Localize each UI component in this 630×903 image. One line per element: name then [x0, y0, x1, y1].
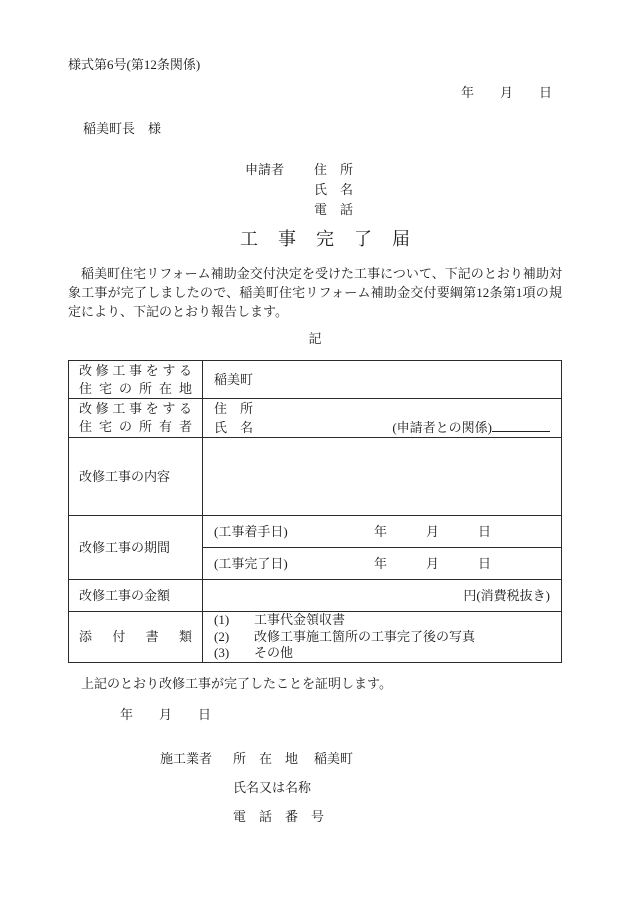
contractor-phone-label: 電 話 番 号: [233, 802, 353, 831]
owner-address-label: 住 所: [214, 399, 550, 418]
contractor-address-line: 所 在 地稲美町: [233, 744, 353, 773]
amount-label-cell: 改修工事の金額: [69, 580, 203, 612]
document-title: 工事完了届: [68, 226, 562, 252]
contractor-block: 施工業者 所 在 地稲美町 氏名又は名称 電 話 番 号: [160, 744, 562, 831]
attachments-label: 添付書類: [79, 628, 192, 646]
closing-statement: 上記のとおり改修工事が完了したことを証明します。: [68, 675, 562, 693]
body-paragraph: 稲美町住宅リフォーム補助金交付決定を受けた工事について、下記のとおり補助対象工事…: [68, 264, 562, 321]
attachment-1-num: (1): [214, 612, 254, 629]
attachment-3-text: その他: [254, 645, 293, 662]
table-row-period-start: 改修工事の期間 (工事着手日) 年 月 日: [69, 516, 562, 548]
table-row-content: 改修工事の内容: [69, 438, 562, 516]
table-row-owner: 改修工事をする 住宅の所有者 住 所 氏 名 (申請者との関係): [69, 399, 562, 438]
applicant-fields: 住 所 氏 名 電 話: [314, 160, 353, 220]
owner-relation: (申請者との関係): [392, 418, 550, 437]
owner-name-label: 氏 名: [214, 418, 253, 437]
period-start-line: (工事着手日) 年 月 日: [214, 523, 550, 541]
period-end-line: (工事完了日) 年 月 日: [214, 555, 550, 573]
attachment-item: (2) 改修工事施工箇所の工事完了後の写真: [214, 629, 550, 646]
attachments-label-cell: 添付書類: [69, 612, 203, 663]
table-row-attachments: 添付書類 (1) 工事代金領収書 (2) 改修工事施工箇所の工事完了後の写真 (…: [69, 612, 562, 663]
contractor-label: 施工業者: [160, 744, 212, 831]
period-start-date: 年 月 日: [374, 523, 491, 541]
attachment-2-num: (2): [214, 629, 254, 646]
owner-label-line1: 改修工事をする: [79, 400, 192, 418]
applicant-phone-label: 電 話: [314, 200, 353, 220]
owner-value-cell: 住 所 氏 名 (申請者との関係): [203, 399, 562, 438]
applicant-address-label: 住 所: [314, 160, 353, 180]
addressee: 稲美町長 様: [83, 120, 562, 138]
relation-blank-underline: [492, 431, 550, 432]
attachment-3-num: (3): [214, 645, 254, 662]
content-value-cell: [203, 438, 562, 516]
table-row-amount: 改修工事の金額 円(消費税抜き): [69, 580, 562, 612]
attachment-1-text: 工事代金領収書: [254, 612, 345, 629]
contractor-address-value: 稲美町: [314, 751, 353, 766]
period-end-cell: (工事完了日) 年 月 日: [203, 548, 562, 580]
owner-label-line2: 住宅の所有者: [79, 418, 192, 436]
attachment-item: (3) その他: [214, 645, 550, 662]
contractor-fields: 所 在 地稲美町 氏名又は名称 電 話 番 号: [233, 744, 353, 831]
location-label-line2: 住宅の所在地: [79, 380, 192, 398]
period-label-cell: 改修工事の期間: [69, 516, 203, 580]
location-label-line1: 改修工事をする: [79, 362, 192, 380]
period-start-cell: (工事着手日) 年 月 日: [203, 516, 562, 548]
form-number: 様式第6号(第12条関係): [68, 56, 562, 74]
contractor-address-label: 所 在 地: [233, 751, 298, 766]
attachment-2-text: 改修工事施工箇所の工事完了後の写真: [254, 629, 475, 646]
applicant-name-label: 氏 名: [314, 180, 353, 200]
ki-marker: 記: [68, 330, 562, 348]
location-value-cell: 稲美町: [203, 361, 562, 399]
form-table: 改修工事をする 住宅の所在地 稲美町 改修工事をする 住宅の所有者 住 所 氏 …: [68, 360, 562, 663]
attachment-item: (1) 工事代金領収書: [214, 612, 550, 629]
contractor-name-label: 氏名又は名称: [233, 773, 353, 802]
owner-relation-label: (申請者との関係): [392, 420, 492, 435]
period-end-label: (工事完了日): [214, 555, 374, 573]
owner-name-line: 氏 名 (申請者との関係): [214, 418, 550, 437]
date-line-top: 年 月 日: [68, 84, 562, 102]
date-line-bottom: 年 月 日: [120, 706, 562, 724]
owner-label-cell: 改修工事をする 住宅の所有者: [69, 399, 203, 438]
content-label-cell: 改修工事の内容: [69, 438, 203, 516]
applicant-label: 申請者: [245, 160, 284, 220]
document-page: 様式第6号(第12条関係) 年 月 日 稲美町長 様 申請者 住 所 氏 名 電…: [0, 0, 630, 903]
table-row-location: 改修工事をする 住宅の所在地 稲美町: [69, 361, 562, 399]
applicant-block: 申請者 住 所 氏 名 電 話: [245, 160, 562, 220]
attachments-value-cell: (1) 工事代金領収書 (2) 改修工事施工箇所の工事完了後の写真 (3) その…: [203, 612, 562, 663]
period-end-date: 年 月 日: [374, 555, 491, 573]
location-label-cell: 改修工事をする 住宅の所在地: [69, 361, 203, 399]
amount-value-cell: 円(消費税抜き): [203, 580, 562, 612]
period-start-label: (工事着手日): [214, 523, 374, 541]
